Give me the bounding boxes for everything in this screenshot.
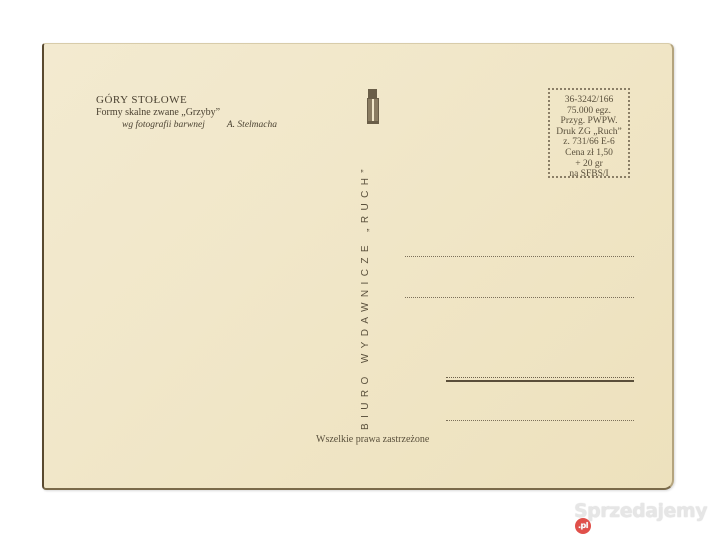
- caption-credit: wg fotografii barwnejA. Stelmacha: [122, 120, 277, 130]
- print-info-line: + 20 gr: [550, 159, 628, 170]
- print-info-line: Cena zł 1,50: [550, 148, 628, 159]
- rights-notice: Wszelkie prawa zastrzeżone: [316, 434, 429, 445]
- caption-title: GÓRY STOŁOWE: [96, 94, 277, 106]
- address-line-underline: [446, 380, 634, 382]
- postcard: GÓRY STOŁOWE Formy skalne zwane „Grzyby”…: [42, 43, 674, 490]
- address-line: [405, 256, 634, 257]
- address-line: [405, 297, 634, 298]
- publisher-text: BIURO WYDAWNICZE „RUCH”: [360, 164, 371, 430]
- print-info-line: 36-3242/166: [550, 95, 628, 106]
- print-info-line: Druk ZG „Ruch”: [550, 127, 628, 138]
- print-info-line: 75.000 egz.: [550, 106, 628, 117]
- author-name: A. Stelmacha: [227, 120, 277, 130]
- print-info-line: Przyg. PWPW.: [550, 116, 628, 127]
- watermark-text: Sprzedajemy: [574, 500, 707, 522]
- watermark-badge: .pl: [575, 518, 591, 534]
- stamp-print-info-box: 36-3242/166 75.000 egz. Przyg. PWPW. Dru…: [548, 88, 630, 178]
- photo-credit: wg fotografii barwnej: [122, 120, 205, 130]
- print-info-line: na SFBS/I: [550, 169, 628, 180]
- print-info-line: z. 731/66 E-6: [550, 137, 628, 148]
- address-line: [446, 420, 634, 421]
- address-line: [446, 377, 634, 378]
- ruch-logo-icon: [367, 89, 379, 123]
- watermark-logo: Sprzedajemy.pl: [574, 500, 720, 536]
- caption-subtitle: Formy skalne zwane „Grzyby”: [96, 107, 277, 118]
- caption-block: GÓRY STOŁOWE Formy skalne zwane „Grzyby”…: [96, 94, 277, 130]
